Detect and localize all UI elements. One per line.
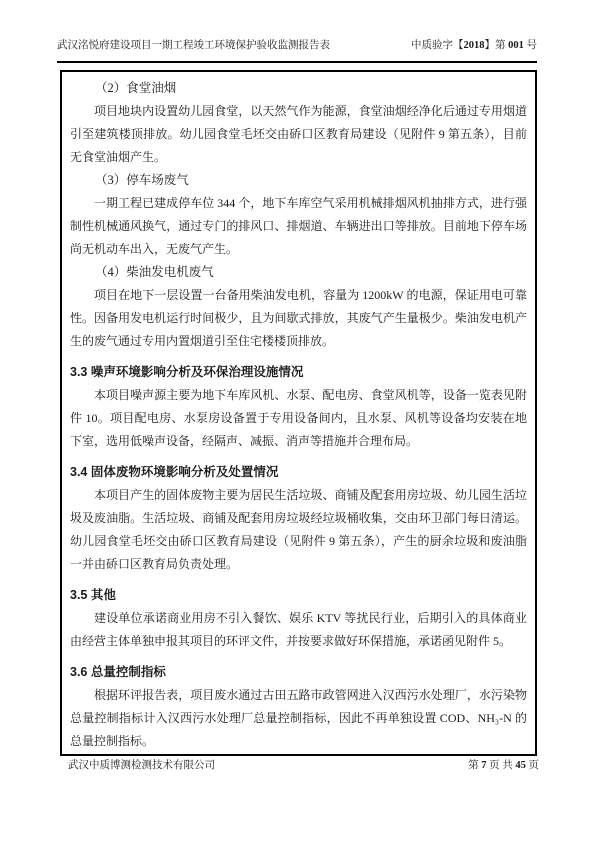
doc-number-mid: 】第	[485, 40, 509, 51]
page-info-suffix: 页	[526, 760, 539, 771]
doc-number-serial: 001	[508, 40, 524, 51]
paragraph-canteen-fumes: 项目地块内设置幼儿园食堂，以天然气作为能源，食堂油烟经净化后通过专用烟道引至建筑…	[70, 100, 527, 169]
section-heading-3-3-noise: 3.3 噪声环境影响分析及环保治理设施情况	[70, 361, 527, 384]
doc-number-year: 2018	[464, 40, 485, 51]
header-report-title: 武汉洺悦府建设项目一期工程竣工环境保护验收监测报告表	[57, 39, 330, 53]
paragraph-diesel-generator: 项目在地下一层设置一台备用柴油发电机，容量为 1200kW 的电源，保证用电可靠…	[70, 284, 527, 353]
subsection-heading-parking-exhaust: （3）停车场废气	[70, 169, 527, 192]
section-heading-3-5-other: 3.5 其他	[70, 584, 527, 607]
page-header: 武汉洺悦府建设项目一期工程竣工环境保护验收监测报告表 中质验字【2018】第 0…	[57, 39, 537, 53]
header-doc-number: 中质验字【2018】第 001 号	[411, 39, 537, 53]
paragraph-noise: 本项目噪声源主要为地下车库风机、水泵、配电房、食堂风机等，设备一览表见附件 10…	[70, 384, 527, 453]
paragraph-solid-waste: 本项目产生的固体废物主要为居民生活垃圾、商铺及配套用房垃圾、幼儿园生活垃圾及废油…	[70, 484, 527, 576]
subsection-heading-canteen-fumes: （2）食堂油烟	[70, 77, 527, 100]
content-box: （2）食堂油烟 项目地块内设置幼儿园食堂，以天然气作为能源，食堂油烟经净化后通过…	[60, 70, 537, 756]
footer-page-info: 第 7 页 共 45 页	[468, 759, 539, 773]
page-footer: 武汉中质博测检测技术有限公司 第 7 页 共 45 页	[57, 759, 539, 773]
page-info-prefix: 第	[468, 760, 481, 771]
footer-company-name: 武汉中质博测检测技术有限公司	[57, 759, 215, 773]
paragraph-total-control: 根据环评报告表，项目废水通过古田五路市政管网进入汉西污水处理厂，水污染物总量控制…	[70, 684, 527, 753]
subsection-heading-diesel-generator: （4）柴油发电机废气	[70, 261, 527, 284]
document-page: { "header": { "title": "武汉洺悦府建设项目一期工程竣工环…	[0, 0, 595, 842]
section-heading-3-6-total-control: 3.6 总量控制指标	[70, 661, 527, 684]
paragraph-other: 建设单位承诺商业用房不引入餐饮、娱乐 KTV 等扰民行业，后期引入的具体商业由经…	[70, 607, 527, 653]
header-divider	[57, 61, 537, 63]
section-heading-3-4-solid-waste: 3.4 固体废物环境影响分析及处置情况	[70, 461, 527, 484]
doc-number-prefix: 中质验字【	[411, 40, 464, 51]
page-info-mid: 页 共	[487, 760, 516, 771]
page-info-total: 45	[515, 760, 526, 771]
paragraph-parking-exhaust: 一期工程已建成停车位 344 个，地下车库空气采用机械排烟风机抽排方式，进行强制…	[70, 192, 527, 261]
doc-number-suffix: 号	[524, 40, 537, 51]
